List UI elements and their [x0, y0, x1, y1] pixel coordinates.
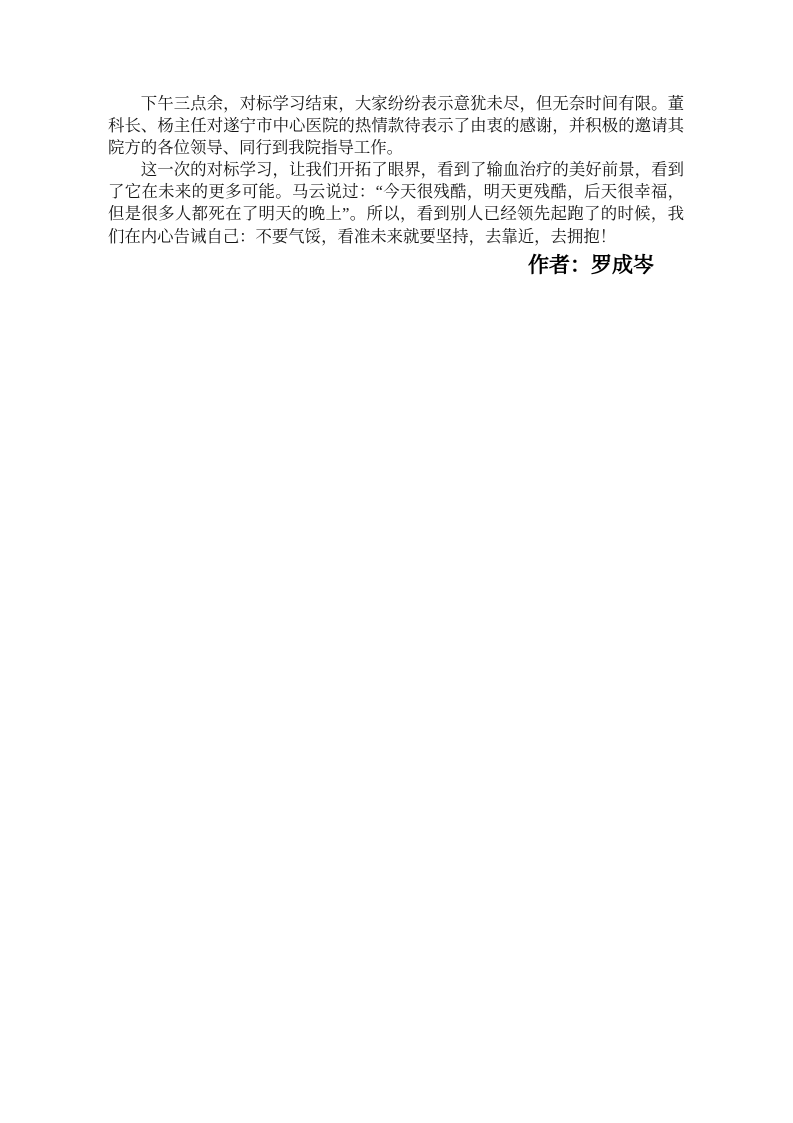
- paragraph: 下午三点余，对标学习结束，大家纷纷表示意犹未尽，但无奈时间有限。董科长、杨主任对…: [108, 93, 684, 159]
- document-body: 下午三点余，对标学习结束，大家纷纷表示意犹未尽，但无奈时间有限。董科长、杨主任对…: [108, 93, 684, 280]
- paragraph: 这一次的对标学习，让我们开拓了眼界，看到了输血治疗的美好前景，看到了它在未来的更…: [108, 159, 684, 247]
- author-line: 作者：罗成岑: [108, 251, 684, 280]
- document-page: 下午三点余，对标学习结束，大家纷纷表示意犹未尽，但无奈时间有限。董科长、杨主任对…: [0, 0, 793, 1123]
